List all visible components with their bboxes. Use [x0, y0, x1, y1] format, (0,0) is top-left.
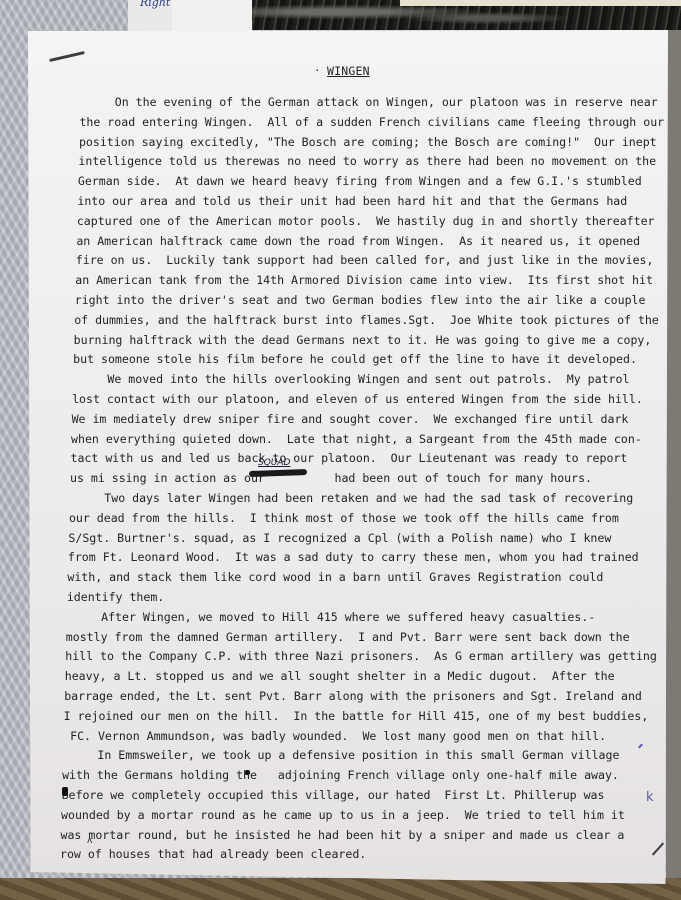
margin-pen-mark: k	[646, 790, 654, 805]
text-line: fire on us. Luckily tank support had bee…	[76, 253, 654, 267]
text-line: into our area and told us their unit had…	[77, 194, 627, 208]
text-line: but someone stole his film before he cou…	[73, 352, 637, 366]
text-line: captured one of the American motor pools…	[77, 214, 655, 228]
text-line: wounded by a mortar round as he came up …	[61, 808, 625, 822]
text-line: German side. At dawn we heard heavy firi…	[78, 174, 642, 188]
text-line: identify them.	[67, 590, 164, 604]
handwritten-squad-correction: SQUAD	[258, 458, 290, 468]
text-line: hill to the Company C.P. with three Nazi…	[65, 649, 657, 663]
text-line: mostly from the damned German artillery.…	[66, 630, 630, 644]
ink-blot	[62, 787, 68, 796]
text-line: heavy, a Lt. stopped us and we all sough…	[65, 669, 615, 683]
text-line: I rejoined our men on the hill. In the b…	[64, 709, 649, 723]
background-right-edge	[666, 30, 681, 890]
text-line: position saying excitedly, "The Bosch ar…	[79, 135, 657, 149]
text-line: intelligence told us therewas no need to…	[78, 154, 656, 168]
text-line: FC. Vernon Ammundson, was badly wounded.…	[63, 729, 606, 743]
text-line: an American tank from the 14th Armored D…	[75, 273, 653, 287]
text-line: lost contact with our platoon, and eleve…	[72, 392, 643, 406]
text-line: of dummies, and the halftrack burst into…	[74, 313, 659, 327]
text-line: In Emmsweiler, we took up a defensive po…	[63, 748, 620, 762]
text-line: our dead from the hills. I think most of…	[69, 511, 619, 525]
ink-blot	[245, 770, 250, 775]
text-line: was mortar round, but he insisted he had…	[61, 828, 625, 842]
text-line: an American halftrack came down the road…	[76, 234, 640, 248]
text-line: the road entering Wingen. All of a sudde…	[79, 115, 664, 129]
text-line: We im mediately drew sniper fire and sou…	[72, 412, 629, 426]
text-line: barrage ended, the Lt. sent Pvt. Barr al…	[64, 689, 642, 703]
text-line: On the evening of the German attack on W…	[80, 95, 658, 109]
text-line: We moved into the hills overlooking Wing…	[73, 372, 630, 386]
text-line: Two days later Wingen had been retaken a…	[69, 491, 633, 505]
handwritten-insertion-caret: ʌ	[87, 836, 92, 846]
text-line: After Wingen, we moved to Hill 415 where…	[66, 610, 595, 624]
text-line: Before we completely occupied this villa…	[62, 788, 605, 802]
text-line: us mi ssing in action as our had been ou…	[70, 471, 592, 485]
text-line: right into the driver's seat and two Ger…	[75, 293, 646, 307]
text-line: tact with us and led us back to our plat…	[71, 451, 628, 465]
document-title: WINGEN	[327, 64, 370, 78]
background-photo-edge	[400, 0, 681, 6]
text-line: with, and stack them like cord wood in a…	[67, 570, 603, 584]
text-line: S/Sgt. Burtner's. squad, as I recognized…	[68, 531, 611, 545]
text-line: row of houses that had already been clea…	[60, 847, 366, 861]
background-note-text: Right	[140, 0, 170, 9]
title-dot: ·	[314, 64, 321, 77]
text-line: with the Germans holding the adjoining F…	[62, 768, 619, 782]
text-line: from Ft. Leonard Wood. It was a sad duty…	[68, 550, 639, 564]
text-line: when everything quieted down. Late that …	[71, 432, 642, 446]
text-line: burning halftrack with the dead Germans …	[74, 333, 652, 347]
background-paper-strip	[172, 0, 252, 32]
